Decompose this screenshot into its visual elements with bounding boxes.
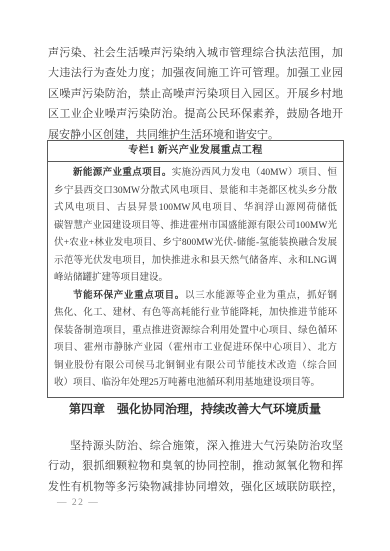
box-line: 示范等光伏发电项目，加快推进永和县天然气储备库、永和LNG调 bbox=[54, 253, 337, 271]
box-line: 焦化、化工、建材、有色等高耗能行业节能降耗，加快推进节能环 bbox=[54, 305, 337, 323]
text-line: 大违法行为查处力度；加强夜间施工许可管理。加强工业园 bbox=[48, 63, 343, 83]
text-line: 区噪声污染防治，禁止高噪声污染项目入园区。开展乡村地 bbox=[48, 84, 343, 104]
document-page: 声污染、社会生活噪声污染纳入城市管理综合执法范围，加 大违法行为查处力度；加强夜… bbox=[0, 0, 390, 551]
box-line: 峰站储罐扩建等项目建设。 bbox=[54, 270, 337, 288]
intro-paragraph: 声污染、社会生活噪声污染纳入城市管理综合执法范围，加 大违法行为查处力度；加强夜… bbox=[48, 43, 343, 145]
box-line: 乡宁县西交口30MW分散式风电项目、景能和丰尧都区枕头乡分散 bbox=[54, 183, 337, 201]
box-body: 新能源产业重点项目。实施汾西风力发电（40MW）项目、恒华 乡宁县西交口30MW… bbox=[48, 162, 343, 397]
text-line: 发性有机物等多污染物减排协同增效，强化区域联防联控， bbox=[48, 477, 343, 497]
chapter-heading: 第四章 强化协同治理，持续改善大气环境质量 bbox=[0, 401, 390, 418]
box-line-lead: 新能源产业重点项目。 bbox=[73, 168, 172, 178]
page-number: — 22 — bbox=[57, 498, 99, 508]
box-title: 专栏1 新兴产业发展重点工程 bbox=[48, 141, 343, 162]
box-line: 伏+农业+林业发电项目、乡宁800MW光伏-储能-氢能装换融合发展 bbox=[54, 235, 337, 253]
box-line: 节能环保产业重点项目。以三水能源等企业为重点，抓好钢铁、 bbox=[54, 288, 337, 306]
text-line: 声污染、社会生活噪声污染纳入城市管理综合执法范围，加 bbox=[48, 43, 343, 63]
box-line: 铜业股份有限公司侯马北铜铜业有限公司节能技术改造（综合回 bbox=[54, 358, 337, 376]
closing-paragraph: 坚持源头防治、综合施策，深入推进大气污染防治攻坚 行动，狠抓细颗粒物和臭氧的协同… bbox=[48, 436, 343, 497]
text-line: 行动，狠抓细颗粒物和臭氧的协同控制，推动氮氧化物和挥 bbox=[48, 456, 343, 476]
box-line: 收）项目、临汾年处理25万吨蓄电池循环利用基地建设项目等。 bbox=[54, 375, 337, 393]
box-line: 碳智慧产业园建设项目等、推进霍州市国盛能源有限公司100MW光 bbox=[54, 218, 337, 236]
text-line: 区工业企业噪声污染防治。提高公民环保素养，鼓励各地开 bbox=[48, 104, 343, 124]
box-line-lead: 节能环保产业重点项目。 bbox=[73, 291, 185, 301]
project-column-box: 专栏1 新兴产业发展重点工程 新能源产业重点项目。实施汾西风力发电（40MW）项… bbox=[47, 140, 344, 398]
box-line: 保装备制造项目，重点推进资源综合利用处置中心项目、绿色循环 bbox=[54, 323, 337, 341]
text-line: 坚持源头防治、综合施策，深入推进大气污染防治攻坚 bbox=[48, 436, 343, 456]
box-line: 新能源产业重点项目。实施汾西风力发电（40MW）项目、恒华 bbox=[54, 165, 337, 183]
box-line: 项目、霍州市静脉产业园（霍州市工业促进环保中心项目）、北方 bbox=[54, 340, 337, 358]
box-line: 式风电项目、古县昇景100MW风电项目、华润浮山源网荷储低（零） bbox=[54, 200, 337, 218]
